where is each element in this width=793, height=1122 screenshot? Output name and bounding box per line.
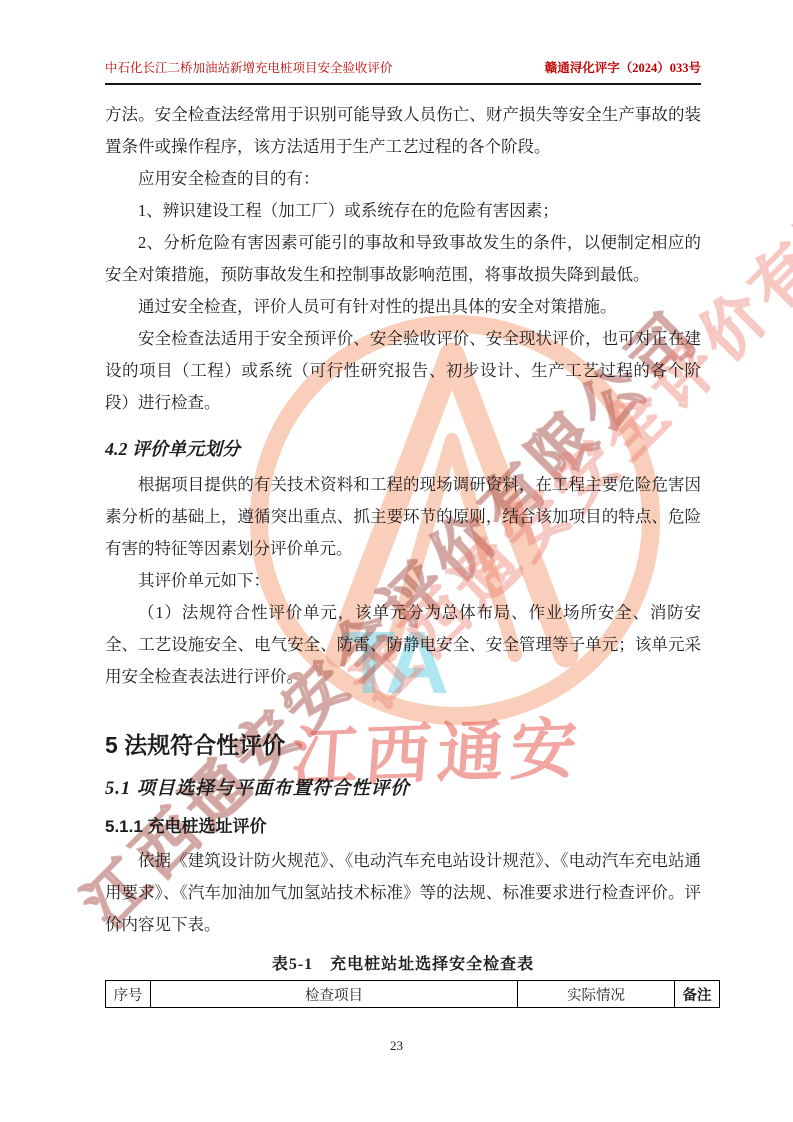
page-number: 23 xyxy=(0,1038,793,1054)
paragraph: 其评价单元如下： xyxy=(105,565,701,597)
header-document-title: 中石化长江二桥加油站新增充电桩项目安全验收评价 xyxy=(105,58,393,76)
chapter-heading-5: 5 法规符合性评价 xyxy=(105,727,701,760)
paragraph: 应用安全检查的目的有： xyxy=(105,163,701,195)
paragraph: 1、辨识建设工程（加工厂）或系统存在的危险有害因素； xyxy=(105,195,701,227)
section-heading-5-1: 5.1 项目选择与平面布置符合性评价 xyxy=(105,774,701,800)
header-document-number: 赣通浔化评字（2024）033号 xyxy=(545,58,701,76)
section-heading-4-2: 4.2 评价单元划分 xyxy=(105,435,701,461)
table-header-row: 序号 检查项目 实际情况 备注 xyxy=(106,981,720,1008)
column-header-remarks: 备注 xyxy=(675,981,720,1008)
table-caption: 表5-1 充电桩站址选择安全检查表 xyxy=(105,951,701,974)
paragraph: 方法。安全检查法经常用于识别可能导致人员伤亡、财产损失等安全生产事故的装置条件或… xyxy=(105,99,701,163)
column-header-actual-situation: 实际情况 xyxy=(518,981,675,1008)
paragraph: 通过安全检查，评价人员可有针对性的提出具体的安全对策措施。 xyxy=(105,291,701,323)
paragraph: 依据《建筑设计防火规范》、《电动汽车充电站设计规范》、《电动汽车充电站通用要求》… xyxy=(105,845,701,941)
document-page: TA 江西通安安全评价有限公司 江西通安安全评价有限公司 江西通安 中石化长江二… xyxy=(0,0,793,1122)
column-header-check-item: 检查项目 xyxy=(151,981,518,1008)
paragraph: 根据项目提供的有关技术资料和工程的现场调研资料，在工程主要危险危害因素分析的基础… xyxy=(105,469,701,565)
safety-check-table: 序号 检查项目 实际情况 备注 xyxy=(105,980,720,1008)
paragraph: （1）法规符合性评价单元，该单元分为总体布局、作业场所安全、消防安全、工艺设施安… xyxy=(105,597,701,693)
section-heading-5-1-1: 5.1.1 充电桩选址评价 xyxy=(105,812,701,837)
column-header-serial: 序号 xyxy=(106,981,151,1008)
paragraph: 安全检查法适用于安全预评价、安全验收评价、安全现状评价，也可对正在建设的项目（工… xyxy=(105,323,701,419)
page-header: 中石化长江二桥加油站新增充电桩项目安全验收评价 赣通浔化评字（2024）033号 xyxy=(105,58,701,85)
page-content: 中石化长江二桥加油站新增充电桩项目安全验收评价 赣通浔化评字（2024）033号… xyxy=(105,58,701,1008)
paragraph: 2、分析危险有害因素可能引的事故和导致事故发生的条件，以便制定相应的安全对策措施… xyxy=(105,227,701,291)
